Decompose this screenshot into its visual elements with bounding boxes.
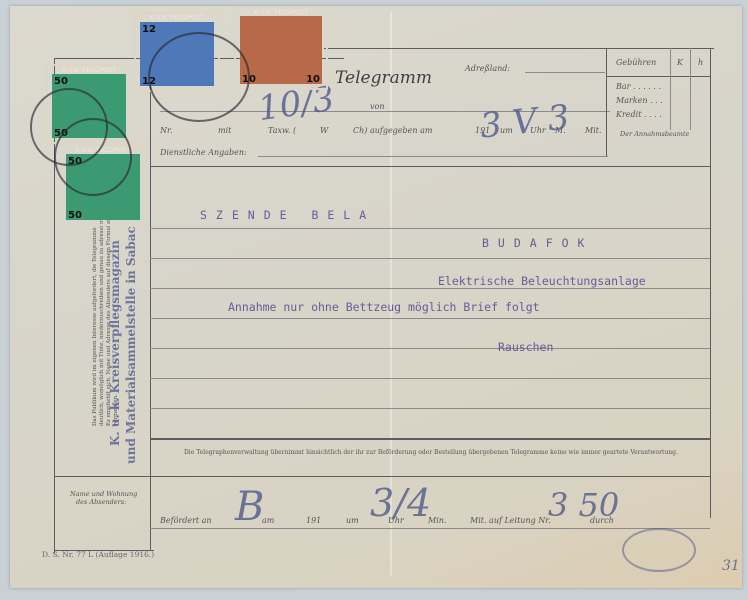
year2-label: 191 xyxy=(306,516,321,525)
rubber-stamp-line2: und Materialsammelstelle in Sabac xyxy=(124,226,138,464)
adressland-line xyxy=(525,72,605,73)
fees-row-marken: Marken . . . xyxy=(616,96,663,105)
von-label: von xyxy=(370,102,385,111)
stamp-value: 50 xyxy=(68,210,82,221)
dienstliche-label: Dienstliche Angaben: xyxy=(160,148,247,157)
form-number: D. S. Nr. 77 L (Auflage 1916.) xyxy=(42,550,154,559)
frame-top-right xyxy=(324,48,714,49)
message-line xyxy=(150,348,710,349)
frame-right xyxy=(710,48,711,518)
fees-col-rule xyxy=(670,48,671,130)
fees-footer: Der Annahmsbeamte xyxy=(620,130,689,138)
disclaimer-text: Die Telegraphenverwaltung übernimmt hins… xyxy=(156,448,701,457)
fees-header-rule xyxy=(606,76,710,77)
recipient-name: SZENDE BELA xyxy=(200,208,375,222)
postmark xyxy=(54,118,132,196)
mit2-label: Mit. xyxy=(585,126,602,135)
handwritten-number: 3 50 xyxy=(548,486,619,524)
befordert-label: Befördert an xyxy=(160,516,212,525)
handwritten-loop xyxy=(622,528,696,572)
message-line xyxy=(150,408,710,409)
message-signature: Rauschen xyxy=(498,340,553,354)
form-title: Telegramm xyxy=(335,68,432,88)
stamp-header: K.u.K. FELDPOST xyxy=(136,13,218,21)
message-body: Annahme nur ohne Bettzeug möglich Brief … xyxy=(228,300,540,314)
header-divider xyxy=(150,166,710,167)
mit-label: mit xyxy=(218,126,231,135)
postmark xyxy=(148,32,250,122)
stamp-value: 10 xyxy=(306,74,320,85)
handwritten-time-bottom: 3/4 xyxy=(370,481,431,525)
sender-divider xyxy=(54,476,710,477)
message-line xyxy=(150,228,710,229)
recipient-company: Elektrische Beleuchtungsanlage xyxy=(438,274,646,288)
message-line xyxy=(150,378,710,379)
fees-row-kredit: Kredit . . . . xyxy=(616,110,662,119)
befordert-line xyxy=(150,528,710,529)
ch-label: Ch) aufgegeben am xyxy=(353,126,432,135)
fees-left-rule xyxy=(606,48,607,156)
fees-col-rule-2 xyxy=(690,48,691,130)
um2-label: um xyxy=(346,516,359,525)
handwritten-initial: B xyxy=(235,484,264,530)
w-label: W xyxy=(320,126,328,135)
message-line xyxy=(150,288,710,289)
stamp-value: 50 xyxy=(54,76,68,87)
fees-header: Gebühren xyxy=(616,58,656,67)
leitung-label: Mit. auf Leitung Nr. xyxy=(470,516,551,525)
rubber-stamp-line1: K. u. k. Kreisverpflegsmagazin xyxy=(108,240,122,446)
fees-col-h: h xyxy=(698,58,703,67)
nr-label: Nr. xyxy=(160,126,173,135)
dienstliche-line xyxy=(258,156,608,157)
handwritten-corner: 31 xyxy=(722,558,740,574)
message-line xyxy=(150,258,710,259)
message-line xyxy=(150,318,710,319)
telegram-form: Telegramm Adreßland: von Gebühren K h Ba… xyxy=(10,6,742,588)
sender-label-2: des Absenders: xyxy=(76,498,126,506)
fees-col-k: K xyxy=(677,58,683,67)
message-bottom-rule xyxy=(150,438,710,440)
stamp-header: K.u.K. FELDPOST xyxy=(48,66,130,74)
handwritten-time: 3 V 3 xyxy=(478,97,571,146)
stamp-header: K.u.K. FELDPOST xyxy=(236,8,326,16)
stamp-value: 12 xyxy=(142,24,156,35)
sender-label-1: Name und Wohnung xyxy=(70,490,137,498)
fees-row-bar: Bar . . . . . . xyxy=(616,82,661,91)
adressland-label: Adreßland: xyxy=(465,64,510,73)
recipient-city: BUDAFOK xyxy=(482,236,593,250)
